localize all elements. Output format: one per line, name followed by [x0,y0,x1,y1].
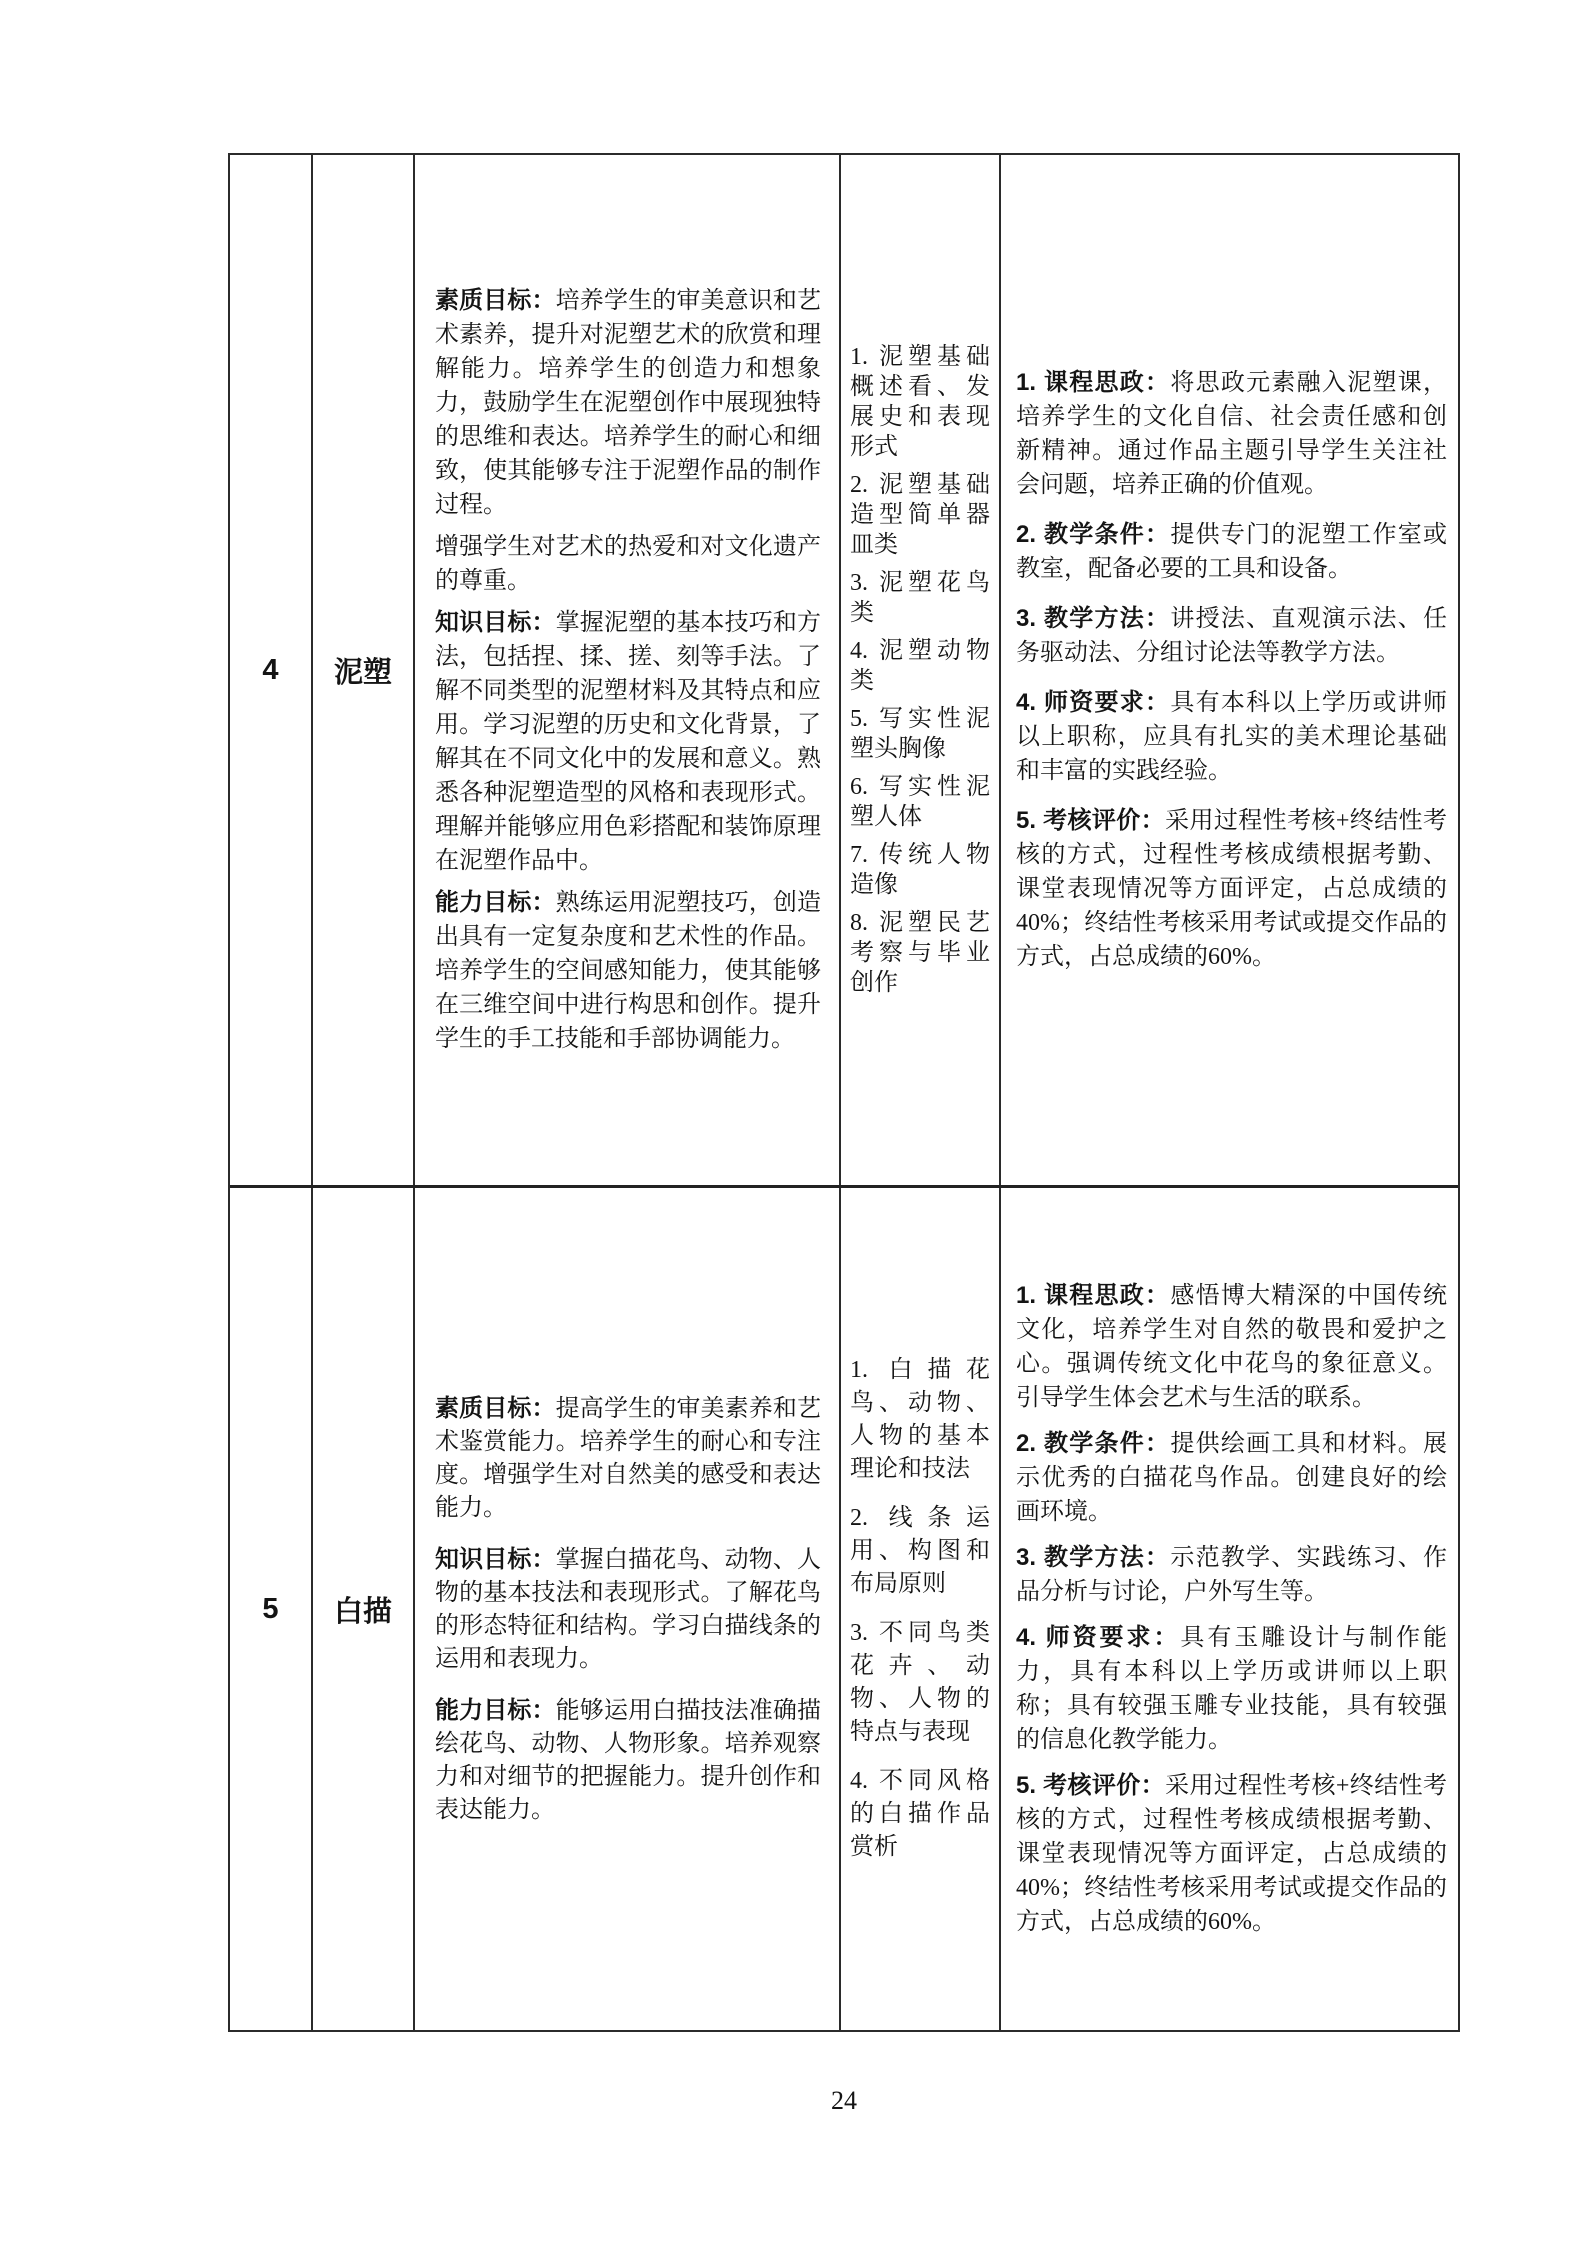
row4-objectives-cell: 素质目标：培养学生的审美意识和艺术素养，提升对泥塑艺术的欣赏和理解能力。培养学生… [415,155,841,1185]
objective-paragraph: 素质目标：提高学生的审美素养和艺术鉴赏能力。培养学生的耐心和专注度。增强学生对自… [435,1392,821,1525]
row4-teaching-cell: 1. 课程思政：将思政元素融入泥塑课，培养学生的文化自信、社会责任感和创新精神。… [1001,155,1458,1185]
content-item: 4. 不同风格的白描作品赏析 [850,1765,990,1864]
row5-number: 5 [262,1593,278,1626]
content-item: 1. 泥塑基础概述看、发展史和表现形式 [850,342,990,462]
teaching-item: 4. 师资要求：具有本科以上学历或讲师以上职称，应具有扎实的美术理论基础和丰富的… [1016,686,1447,788]
content-item: 7. 传统人物造像 [850,840,990,900]
content-item: 2. 泥塑基础造型简单器皿类 [850,470,990,560]
content-item: 8. 泥塑民艺考察与毕业创作 [850,908,990,998]
row5-course-name: 白描 [334,1589,392,1630]
objective-paragraph: 知识目标：掌握白描花鸟、动物、人物的基本技法和表现形式。了解花鸟的形态特征和结构… [435,1543,821,1676]
teaching-label: 4. 师资要求： [1016,1624,1180,1651]
row5-number-cell: 5 [230,1188,313,2030]
objective-label: 能力目标： [435,889,556,916]
teaching-label: 1. 课程思政： [1016,369,1170,396]
content-item: 4. 泥塑动物类 [850,636,990,696]
row5-content-list-cell: 1. 白描花鸟、动物、人物的基本理论和技法 2. 线条运用、构图和布局原则 3.… [841,1188,1001,2030]
content-item: 6. 写实性泥塑人体 [850,772,990,832]
teaching-label: 4. 师资要求： [1016,689,1170,716]
document-page: 4 泥塑 素质目标：培养学生的审美意识和艺术素养，提升对泥塑艺术的欣赏和理解能力… [0,0,1587,2245]
row5-teaching-cell: 1. 课程思政：感悟博大精深的中国传统文化，培养学生对自然的敬畏和爱护之心。强调… [1001,1188,1458,2030]
course-row-4: 4 泥塑 素质目标：培养学生的审美意识和艺术素养，提升对泥塑艺术的欣赏和理解能力… [230,155,1458,1188]
objective-label: 素质目标： [435,1395,556,1422]
objective-paragraph: 知识目标：掌握泥塑的基本技巧和方法，包括捏、揉、搓、刻等手法。了解不同类型的泥塑… [435,606,821,878]
teaching-item: 3. 教学方法：讲授法、直观演示法、任务驱动法、分组讨论法等教学方法。 [1016,602,1447,670]
row5-objectives-cell: 素质目标：提高学生的审美素养和艺术鉴赏能力。培养学生的耐心和专注度。增强学生对自… [415,1188,841,2030]
teaching-label: 2. 教学条件： [1016,1430,1170,1457]
row4-number: 4 [262,654,278,687]
objective-paragraph: 增强学生对艺术的热爱和对文化遗产的尊重。 [435,530,821,598]
teaching-label: 3. 教学方法： [1016,605,1170,632]
teaching-label: 3. 教学方法： [1016,1544,1170,1571]
teaching-label: 5. 考核评价： [1016,1772,1165,1799]
teaching-label: 5. 考核评价： [1016,807,1165,834]
teaching-item: 4. 师资要求：具有玉雕设计与制作能力，具有本科以上学历或讲师以上职称；具有较强… [1016,1621,1447,1757]
objective-paragraph: 能力目标：熟练运用泥塑技巧，创造出具有一定复杂度和艺术性的作品。培养学生的空间感… [435,886,821,1056]
teaching-item: 2. 教学条件：提供绘画工具和材料。展示优秀的白描花鸟作品。创建良好的绘画环境。 [1016,1427,1447,1529]
row4-course-name-cell: 泥塑 [313,155,415,1185]
objective-paragraph: 素质目标：培养学生的审美意识和艺术素养，提升对泥塑艺术的欣赏和理解能力。培养学生… [435,284,821,522]
teaching-item: 5. 考核评价：采用过程性考核+终结性考核的方式，过程性考核成绩根据考勤、课堂表… [1016,1769,1447,1939]
teaching-item: 2. 教学条件：提供专门的泥塑工作室或教室，配备必要的工具和设备。 [1016,518,1447,586]
row4-content-list-cell: 1. 泥塑基础概述看、发展史和表现形式 2. 泥塑基础造型简单器皿类 3. 泥塑… [841,155,1001,1185]
content-item: 3. 泥塑花鸟类 [850,568,990,628]
objective-label: 知识目标： [435,1546,556,1573]
objective-label: 能力目标： [435,1697,556,1724]
row5-course-name-cell: 白描 [313,1188,415,2030]
content-item: 5. 写实性泥塑头胸像 [850,704,990,764]
teaching-item: 1. 课程思政：将思政元素融入泥塑课，培养学生的文化自信、社会责任感和创新精神。… [1016,366,1447,502]
teaching-label: 2. 教学条件： [1016,521,1170,548]
objective-paragraph: 能力目标：能够运用白描技法准确描绘花鸟、动物、人物形象。培养观察力和对细节的把握… [435,1694,821,1827]
objective-text: 掌握泥塑的基本技巧和方法，包括捏、揉、搓、刻等手法。了解不同类型的泥塑材料及其特… [435,610,821,874]
content-item: 1. 白描花鸟、动物、人物的基本理论和技法 [850,1354,990,1486]
teaching-item: 3. 教学方法：示范教学、实践练习、作品分析与讨论，户外写生等。 [1016,1541,1447,1609]
row4-course-name: 泥塑 [334,650,392,691]
objective-text: 增强学生对艺术的热爱和对文化遗产的尊重。 [435,534,821,594]
course-table: 4 泥塑 素质目标：培养学生的审美意识和艺术素养，提升对泥塑艺术的欣赏和理解能力… [228,153,1460,2032]
course-row-5: 5 白描 素质目标：提高学生的审美素养和艺术鉴赏能力。培养学生的耐心和专注度。增… [230,1188,1458,2030]
objective-text: 培养学生的审美意识和艺术素养，提升对泥塑艺术的欣赏和理解能力。培养学生的创造力和… [435,288,821,518]
objective-label: 知识目标： [435,609,556,636]
content-item: 2. 线条运用、构图和布局原则 [850,1502,990,1601]
row4-number-cell: 4 [230,155,313,1185]
objective-label: 素质目标： [435,287,556,314]
content-item: 3. 不同鸟类花卉、动物、人物的特点与表现 [850,1617,990,1749]
teaching-item: 5. 考核评价：采用过程性考核+终结性考核的方式，过程性考核成绩根据考勤、课堂表… [1016,804,1447,974]
page-number: 24 [228,2086,1460,2116]
teaching-label: 1. 课程思政： [1016,1282,1170,1309]
teaching-item: 1. 课程思政：感悟博大精深的中国传统文化，培养学生对自然的敬畏和爱护之心。强调… [1016,1279,1447,1415]
